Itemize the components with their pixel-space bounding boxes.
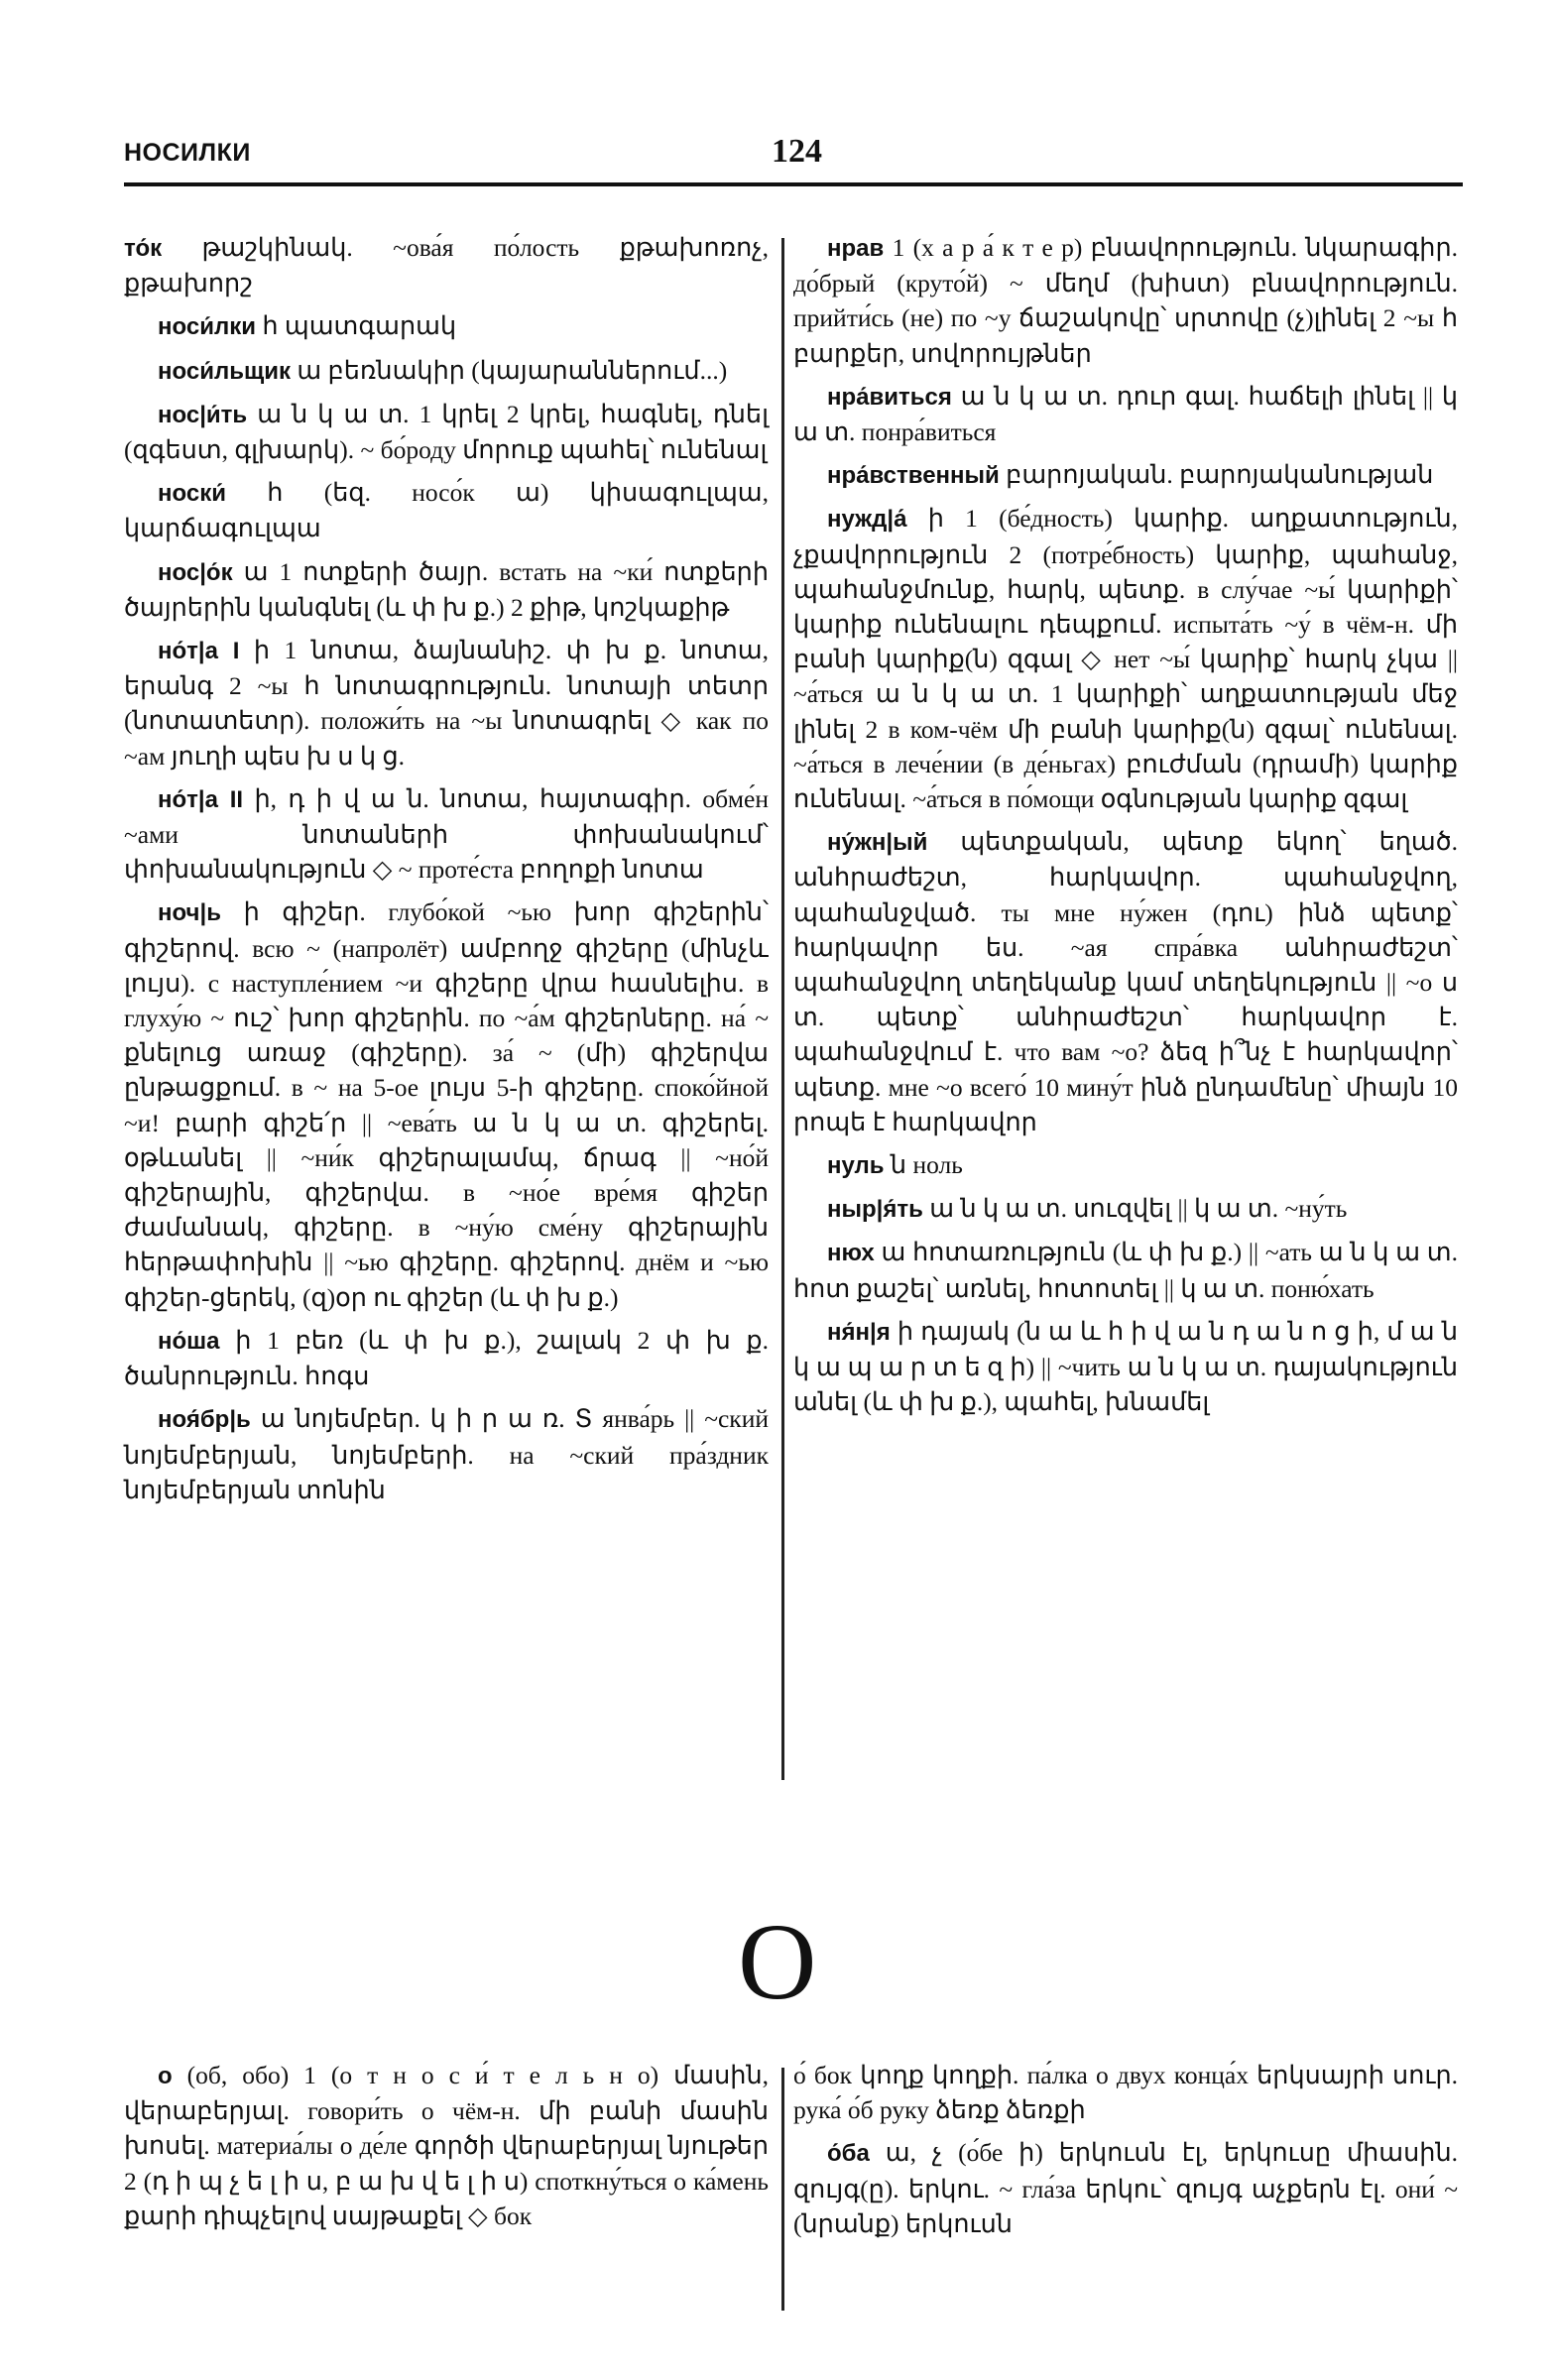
dictionary-entry: носки́ հ (եզ. носо́к ա) կիսագուլպա, կարճ…: [124, 475, 769, 545]
entry-definition: պետքական, պետք եկող՝ եղած. անհրաժեշտ, հա…: [793, 827, 1458, 1136]
entry-headword: нужд|а́: [827, 506, 906, 533]
entry-definition: հ պատգարակ: [262, 311, 456, 340]
guide-word: НОСИЛКИ: [124, 139, 251, 168]
entry-headword: то́к: [124, 235, 162, 262]
dictionary-entry: но́ша ի 1 բեռ (և փ խ ք.), շալակ 2 փ խ ք.…: [124, 1323, 769, 1393]
entry-headword: ныр|я́ть: [827, 1196, 923, 1223]
dictionary-entry: но́т|а II ի, դ ի վ ա ն. նոտա, հայտագիր. …: [124, 781, 769, 888]
bottom-left-column: о (об, обо) 1 (о т н о с и́ т е л ь н о)…: [124, 2058, 769, 2241]
entry-headword: о: [158, 2063, 173, 2089]
entry-headword: нрав: [827, 235, 884, 262]
entry-definition: ի դայակ (ն ա և հ ի վ ա ն դ ա ն ո ց ի, մ …: [793, 1317, 1458, 1416]
header-rule: [124, 182, 1463, 186]
entry-definition: ի գիշեր. глубо́кой ~ью խոր գիշերին՝ գիշե…: [124, 897, 769, 1311]
entry-definition: (об, обо) 1 (о т н о с и́ т е л ь н о) մ…: [124, 2061, 769, 2230]
entry-headword: ноч|ь: [158, 899, 221, 926]
dictionary-entry: о (об, обо) 1 (о т н о с и́ т е л ь н о)…: [124, 2058, 769, 2233]
entry-headword: ня́н|я: [827, 1319, 891, 1346]
dictionary-entry: нос|о́к ա 1 ոտքերի ծայր. встать на ~ки́ …: [124, 554, 769, 625]
entry-headword: носи́лки: [158, 313, 256, 340]
entry-definition: 1 (х а р а́ к т е р) բնավորություն. նկար…: [793, 233, 1458, 368]
entry-headword: нра́виться: [827, 384, 952, 411]
entry-headword: но́т|а I: [158, 638, 239, 664]
entry-headword: ну́жн|ый: [827, 829, 927, 856]
entry-definition: ա ն կ ա տ. սուզվել || կ ա տ. ~ну́ть: [929, 1194, 1347, 1223]
column-divider-top: [781, 238, 784, 1780]
dictionary-entry: носи́лки հ պատգարակ: [124, 308, 769, 344]
dictionary-entry: нуль ն ноль: [793, 1147, 1458, 1183]
entry-definition: ա բեռնակիր (կայարաններում...): [297, 356, 727, 385]
dictionary-entry: ноч|ь ի գիշեր. глубо́кой ~ью խոր գիշերին…: [124, 894, 769, 1314]
dictionary-entry: носи́льщик ա բեռնակիր (կայարաններում...): [124, 353, 769, 389]
dictionary-entry: ня́н|я ի դայակ (ն ա և հ ի վ ա ն դ ա ն ո …: [793, 1314, 1458, 1420]
dictionary-entry: нюх ա հոտառություն (և փ խ ք.) || ~ать ա …: [793, 1235, 1458, 1305]
entry-headword: нос|и́ть: [158, 402, 247, 428]
entry-definition: ի 1 բեռ (և փ խ ք.), շալակ 2 փ խ ք. ծանրո…: [124, 1326, 769, 1390]
bottom-right-column: о́ бок կողք կողքի. па́лка о двух конца́х…: [793, 2058, 1458, 2249]
entry-headword: нюх: [827, 1240, 875, 1266]
entry-definition: ի 1 (бе́дность) կարիք. աղքատություն, չքա…: [793, 504, 1458, 813]
dictionary-entry: нрав 1 (х а р а́ к т е р) բնավորություն.…: [793, 230, 1458, 371]
dictionary-entry: о́ба ա, չ (о́бе ի) երկուսն էլ, երկուսը մ…: [793, 2135, 1458, 2241]
entry-headword: нуль: [827, 1152, 885, 1179]
entry-headword: но́т|а II: [158, 786, 243, 813]
entry-definition: ն ноль: [891, 1150, 963, 1179]
section-letter: О: [738, 1899, 816, 2025]
entry-definition: բարոյական. բարոյականության: [1006, 460, 1433, 489]
entry-headword: нра́вственный: [827, 462, 1000, 489]
entry-definition: ա հոտառություն (և փ խ ք.) || ~ать ա ն կ …: [793, 1238, 1458, 1302]
entry-headword: носки́: [158, 480, 226, 507]
entry-headword: но́ша: [158, 1328, 220, 1355]
dictionary-entry: то́к թաշկինակ. ~ова́я по́лость քթախոռոչ,…: [124, 230, 769, 300]
entry-definition: о́ бок կողք կողքի. па́лка о двух конца́х…: [793, 2061, 1458, 2124]
dictionary-entry: ноя́бр|ь ա նոյեմբեր. կ ի ր ա ռ. Տ янва́р…: [124, 1401, 769, 1507]
entry-headword: нос|о́к: [158, 559, 233, 586]
left-column: то́к թաշկինակ. ~ова́я по́лость քթախոռոչ,…: [124, 230, 769, 1515]
dictionary-entry: но́т|а I ի 1 նոտա, ձայնանիշ. փ խ ք. նոտա…: [124, 633, 769, 773]
dictionary-entry: нра́вственный բարոյական. բարոյականության: [793, 457, 1458, 493]
column-divider-bottom: [781, 2068, 784, 2311]
entry-definition: թաշկինակ. ~ова́я по́лость քթախոռոչ, քթախ…: [124, 233, 769, 297]
dictionary-entry: нра́виться ա ն կ ա տ. դուր գալ. հաճելի լ…: [793, 379, 1458, 449]
entry-definition: ա, չ (о́бе ի) երկուսն էլ, երկուսը միասին…: [793, 2138, 1458, 2237]
right-column: нрав 1 (х а р а́ к т е р) բնավորություն.…: [793, 230, 1458, 1428]
page-number: 124: [772, 133, 822, 171]
dictionary-entry: о́ бок կողք կողքի. па́лка о двух конца́х…: [793, 2058, 1458, 2127]
dictionary-entry: ныр|я́ть ա ն կ ա տ. սուզվել || կ ա տ. ~н…: [793, 1191, 1458, 1227]
dictionary-entry: нос|и́ть ա ն կ ա տ. 1 կրել 2 կրել, հագնե…: [124, 397, 769, 467]
entry-headword: ноя́бр|ь: [158, 1406, 251, 1433]
entry-headword: носи́льщик: [158, 358, 291, 385]
dictionary-entry: ну́жн|ый պետքական, պետք եկող՝ եղած. անհր…: [793, 824, 1458, 1139]
entry-headword: о́ба: [827, 2140, 870, 2167]
dictionary-entry: нужд|а́ ի 1 (бе́дность) կարիք. աղքատությ…: [793, 501, 1458, 816]
